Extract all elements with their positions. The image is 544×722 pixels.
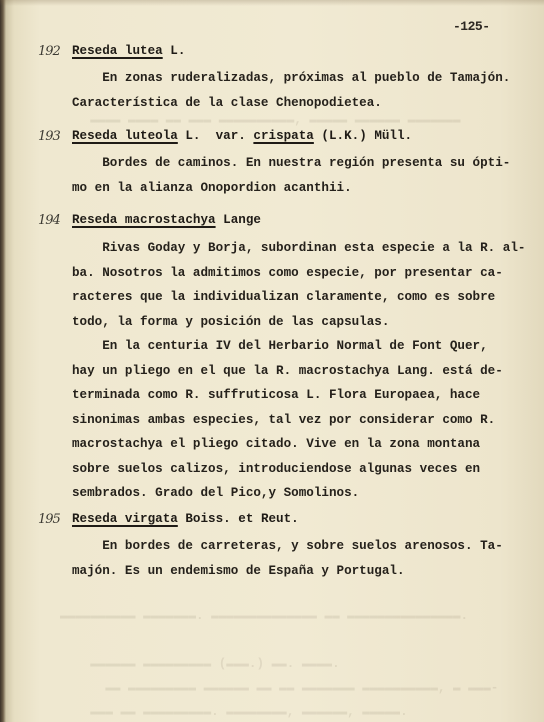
bleed-through-text-bottom: ▬▬▬▬▬▬▬▬▬▬ ▬▬▬▬▬▬▬. ▬▬▬▬▬▬▬▬▬▬▬▬▬▬ ▬▬ ▬▬… bbox=[60, 604, 520, 722]
variety-name: crispata bbox=[253, 129, 313, 143]
species-heading: Reseda macrostachya Lange bbox=[72, 213, 261, 227]
species-description: En zonas ruderalizadas, próximas al pueb… bbox=[72, 66, 512, 115]
species-name: Reseda virgata bbox=[72, 512, 178, 526]
species-author: L. var. bbox=[178, 129, 254, 143]
handwritten-entry-number: 195 bbox=[38, 512, 60, 527]
species-description: Bordes de caminos. En nuestra región pre… bbox=[72, 151, 512, 200]
species-description: En bordes de carreteras, y sobre suelos … bbox=[72, 534, 512, 583]
species-heading: Reseda virgata Boiss. et Reut. bbox=[72, 512, 299, 526]
document-page: ▬▬▬▬ ▬▬▬▬ ▬▬ ▬▬▬ ▬▬▬▬▬▬▬▬▬▬, ▬▬▬▬▬ ▬▬▬▬▬… bbox=[0, 0, 544, 722]
variety-author: (L.K.) Müll. bbox=[314, 129, 412, 143]
species-author: L. bbox=[163, 44, 186, 58]
species-name: Reseda lutea bbox=[72, 44, 163, 58]
handwritten-entry-number: 194 bbox=[38, 213, 60, 228]
page-number: -125- bbox=[453, 19, 490, 34]
species-heading: Reseda luteola L. var. crispata (L.K.) M… bbox=[72, 129, 412, 143]
species-name: Reseda luteola bbox=[72, 129, 178, 143]
species-description: Rivas Goday y Borja, subordinan esta esp… bbox=[72, 236, 512, 334]
species-heading: Reseda lutea L. bbox=[72, 44, 185, 58]
species-description-continued: En la centuria IV del Herbario Normal de… bbox=[72, 334, 512, 506]
handwritten-entry-number: 192 bbox=[38, 44, 60, 59]
handwritten-entry-number: 193 bbox=[38, 129, 60, 144]
species-name: Reseda macrostachya bbox=[72, 213, 216, 227]
species-author: Lange bbox=[216, 213, 261, 227]
species-author: Boiss. et Reut. bbox=[178, 512, 299, 526]
